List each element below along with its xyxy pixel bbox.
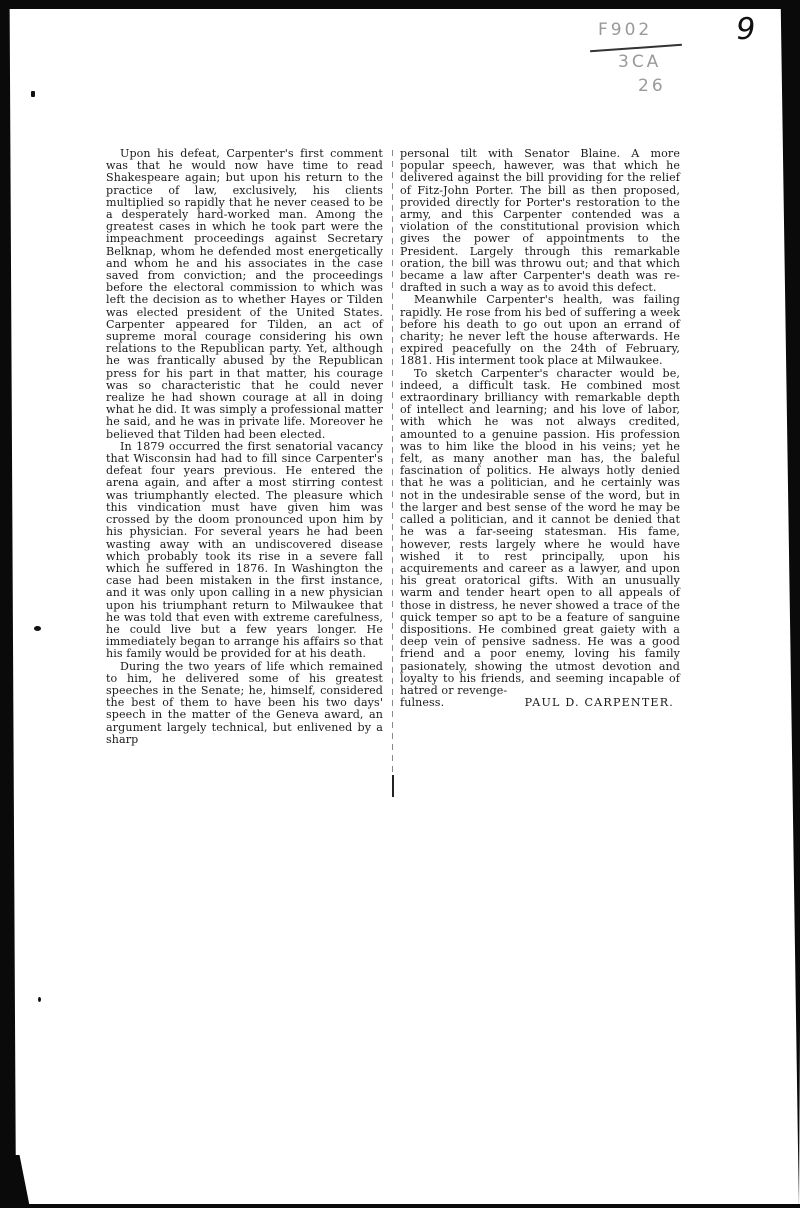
binder-hole-mark bbox=[38, 997, 41, 1002]
scan-border-right bbox=[778, 0, 800, 1208]
article-paragraph: Upon his defeat, Carpenter's first comme… bbox=[106, 148, 383, 441]
column-divider-end bbox=[392, 775, 394, 797]
column-divider bbox=[392, 150, 393, 790]
scan-border-left bbox=[0, 0, 16, 1208]
page-number: 9 bbox=[734, 12, 758, 47]
article-paragraph: During the two years of life which remai… bbox=[106, 661, 383, 746]
article-paragraph: To sketch Carpenter's character would be… bbox=[400, 368, 680, 697]
article-column-left: Upon his defeat, Carpenter's first comme… bbox=[106, 148, 383, 746]
article-signoff: fulness. PAUL D. CARPENTER. bbox=[400, 697, 680, 709]
author-signature: PAUL D. CARPENTER. bbox=[525, 697, 674, 709]
scan-border-bottom bbox=[0, 1204, 800, 1208]
handwritten-subreference: 3CA bbox=[618, 54, 661, 71]
scan-border-top bbox=[0, 0, 800, 9]
handwritten-reference: F902 bbox=[598, 22, 652, 39]
article-column-right: personal tilt with Senator Blaine. A mor… bbox=[400, 148, 680, 709]
binder-hole-mark bbox=[34, 626, 41, 631]
closing-word: fulness. bbox=[400, 697, 444, 709]
handwritten-number: 26 bbox=[638, 78, 666, 95]
binder-hole-mark bbox=[31, 91, 35, 97]
scan-border-left-corner bbox=[0, 1155, 30, 1208]
article-paragraph: Meanwhile Carpenter's health, was failin… bbox=[400, 294, 680, 367]
handwritten-underline bbox=[590, 44, 682, 52]
article-paragraph: In 1879 occurred the first senatorial va… bbox=[106, 441, 383, 661]
article-paragraph: personal tilt with Senator Blaine. A mor… bbox=[400, 148, 680, 294]
